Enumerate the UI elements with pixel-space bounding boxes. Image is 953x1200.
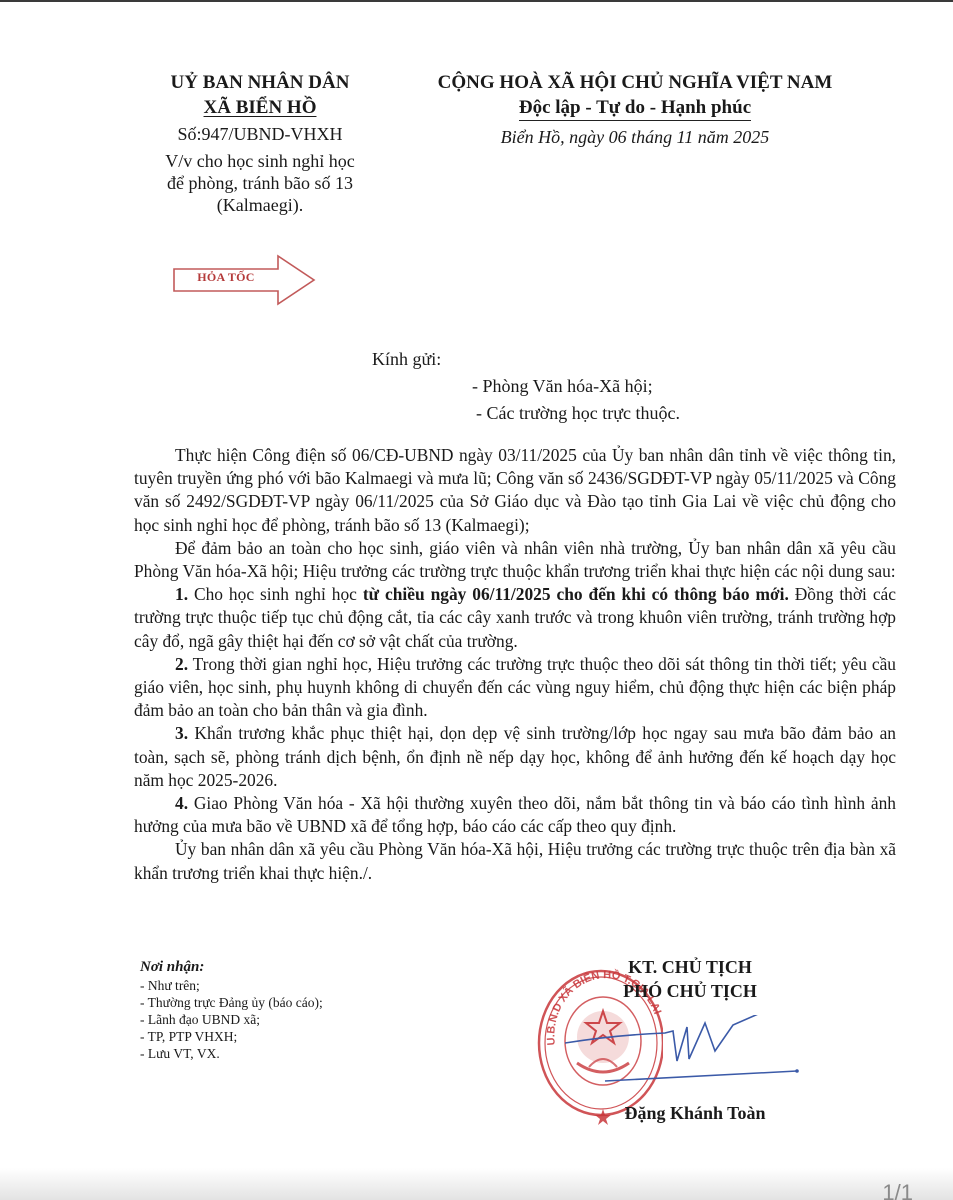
body-item-4: 4. Giao Phòng Văn hóa - Xã hội thường xu…: [134, 792, 896, 838]
issuer-sub-organization: XÃ BIỂN HỒ: [120, 95, 400, 120]
receivers-title: Nơi nhận:: [140, 958, 323, 977]
receiver-item: - Thường trực Đảng ủy (báo cáo);: [140, 994, 323, 1011]
issuer-organization: UỶ BAN NHÂN DÂN: [120, 70, 400, 95]
subject-line: để phòng, tránh bão số 13: [120, 172, 400, 194]
recipient-item: - Các trường học trực thuộc.: [372, 400, 680, 427]
receiver-item: - Như trên;: [140, 977, 323, 994]
body-item-1: 1. Cho học sinh nghỉ học từ chiều ngày 0…: [134, 583, 896, 653]
body-item-2: 2. Trong thời gian nghỉ học, Hiệu trưởng…: [134, 653, 896, 723]
item-text: Giao Phòng Văn hóa - Xã hội thường xuyên…: [134, 793, 896, 836]
body-paragraph: Thực hiện Công điện số 06/CĐ-UBND ngày 0…: [134, 444, 896, 537]
recipients-block: Kính gửi: - Phòng Văn hóa-Xã hội; - Các …: [372, 346, 680, 427]
closing-paragraph: Ủy ban nhân dân xã yêu cầu Phòng Văn hóa…: [134, 838, 896, 884]
receivers-block: Nơi nhận: - Như trên; - Thường trực Đảng…: [140, 958, 323, 1062]
signer-role: KT. CHỦ TỊCH: [560, 955, 820, 979]
item-emphasis: từ chiều ngày 06/11/2025 cho đến khi có …: [363, 584, 789, 604]
signer-title: PHÓ CHỦ TỊCH: [560, 979, 820, 1003]
subject-line: V/v cho học sinh nghỉ học: [120, 150, 400, 172]
place-date: Biển Hồ, ngày 06 tháng 11 năm 2025: [395, 124, 875, 150]
document-subject: V/v cho học sinh nghỉ học để phòng, trán…: [120, 150, 400, 216]
subject-line: (Kalmaegi).: [120, 194, 400, 216]
item-text: Trong thời gian nghỉ học, Hiệu trưởng cá…: [134, 654, 896, 720]
handwritten-signature-icon: [565, 1015, 815, 1095]
viewer-bottom-bar: [0, 1168, 953, 1200]
item-number: 1.: [175, 584, 188, 604]
item-number: 3.: [175, 723, 188, 743]
issuer-header: UỶ BAN NHÂN DÂN XÃ BIỂN HỒ Số:947/UBND-V…: [120, 70, 400, 216]
national-motto: Độc lập - Tự do - Hạnh phúc: [519, 95, 751, 121]
national-header: CỘNG HOÀ XÃ HỘI CHỦ NGHĨA VIỆT NAM Độc l…: [395, 70, 875, 150]
page-indicator: 1/1: [882, 1180, 913, 1200]
recipient-item: - Phòng Văn hóa-Xã hội;: [372, 373, 680, 400]
item-text: Khẩn trương khắc phục thiệt hại, dọn dẹp…: [134, 723, 896, 789]
urgent-stamp: HỎA TỐC: [172, 254, 317, 306]
signature-block: KT. CHỦ TỊCH PHÓ CHỦ TỊCH Đặng Khánh Toà…: [560, 955, 820, 1003]
item-text: Cho học sinh nghỉ học: [188, 584, 363, 604]
item-number: 2.: [175, 654, 188, 674]
receiver-item: - Lưu VT, VX.: [140, 1045, 323, 1062]
urgent-label: HỎA TỐC: [172, 270, 280, 285]
document-body: Thực hiện Công điện số 06/CĐ-UBND ngày 0…: [134, 444, 896, 885]
body-item-3: 3. Khẩn trương khắc phục thiệt hại, dọn …: [134, 722, 896, 792]
signer-name: Đặng Khánh Toàn: [560, 1103, 830, 1124]
document-page: UỶ BAN NHÂN DÂN XÃ BIỂN HỒ Số:947/UBND-V…: [0, 0, 953, 1200]
receiver-item: - Lãnh đạo UBND xã;: [140, 1011, 323, 1028]
nation-title: CỘNG HOÀ XÃ HỘI CHỦ NGHĨA VIỆT NAM: [395, 70, 875, 95]
body-paragraph: Để đảm bảo an toàn cho học sinh, giáo vi…: [134, 537, 896, 583]
item-number: 4.: [175, 793, 188, 813]
receiver-item: - TP, PTP VHXH;: [140, 1028, 323, 1045]
document-number: Số:947/UBND-VHXH: [120, 121, 400, 147]
greeting: Kính gửi:: [372, 346, 680, 373]
